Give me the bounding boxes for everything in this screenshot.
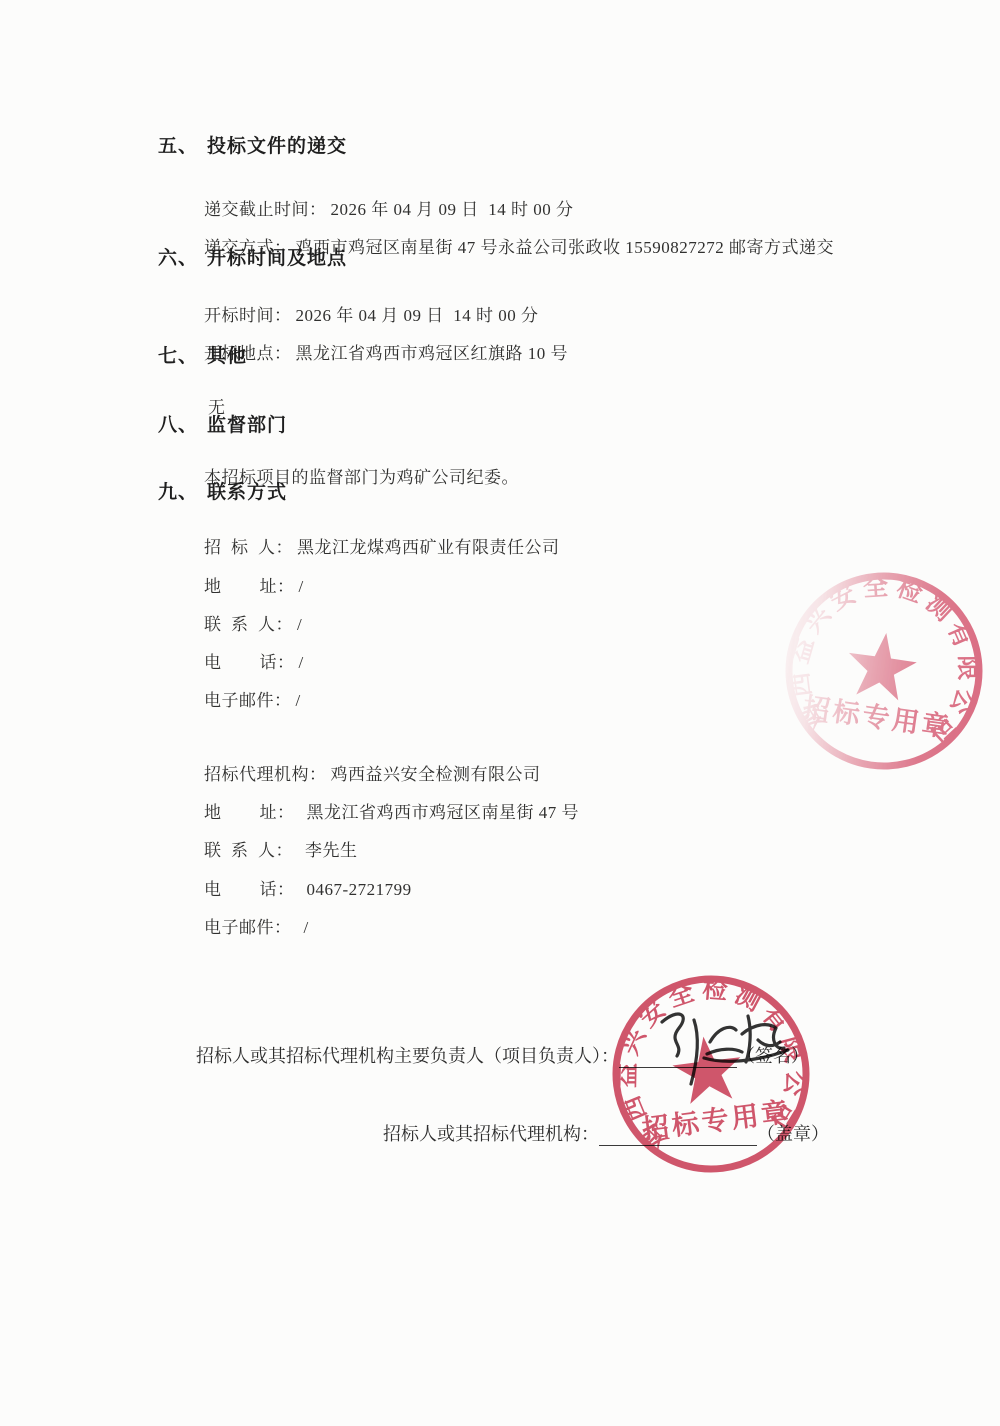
company-seal: 鸡西益兴安全检测有限公司 招标专用章 xyxy=(588,951,833,1196)
signature-blank-line xyxy=(619,1046,737,1068)
seal-star-icon xyxy=(843,628,920,702)
section-title: 监督部门 xyxy=(207,410,287,437)
seal-ring xyxy=(605,968,817,1180)
seal-row-label: 招标人或其招标代理机构： xyxy=(383,1120,599,1146)
signature-row-label: 招标人或其招标代理机构主要负责人（项目负责人）： xyxy=(196,1042,619,1068)
agency-seal-row: 招标人或其招标代理机构：（盖章） xyxy=(383,1120,829,1146)
seal-row-suffix: （盖章） xyxy=(757,1120,829,1146)
field-label: 电子邮件： xyxy=(204,691,292,710)
section-8-heading: 八、监督部门 xyxy=(158,410,287,437)
field-value: 黑龙江省鸡西市鸡冠区红旗路 10 号 xyxy=(296,344,569,363)
section-number: 七、 xyxy=(158,341,198,368)
field-value: / xyxy=(296,691,301,710)
field-value: / xyxy=(304,918,309,937)
document-page: 五、投标文件的递交 递交截止时间：2026 年 04 月 09 日 14 时 0… xyxy=(0,0,1000,1426)
principal-signature-row: 招标人或其招标代理机构主要负责人（项目负责人）：（签名） xyxy=(196,1042,809,1068)
field-value: 0467-2721799 xyxy=(307,880,412,899)
company-seal-partial: 鸡西益兴安全检测有限公司 招标专用章 xyxy=(760,547,1000,795)
seal-blank-line xyxy=(599,1124,757,1146)
field-value: 鸡西市鸡冠区南星街 47 号永益公司张政收 15590827272 邮寄方式递交 xyxy=(296,238,835,257)
section-number: 九、 xyxy=(158,477,198,504)
section-title: 投标文件的递交 xyxy=(207,131,347,158)
section-title: 其他 xyxy=(207,341,247,368)
section-number: 八、 xyxy=(158,410,198,437)
section-title: 开标时间及地点 xyxy=(207,243,347,270)
seal-ring-text: 鸡西益兴安全检测有限公司 xyxy=(774,558,996,759)
seal-ring xyxy=(777,564,992,779)
section-7-heading: 七、其他 xyxy=(158,341,247,368)
field-label: 电子邮件： xyxy=(204,918,292,937)
section-6-heading: 六、开标时间及地点 xyxy=(158,243,347,270)
section-9-heading: 九、联系方式 xyxy=(158,477,287,504)
section-number: 五、 xyxy=(158,131,198,158)
bidder-email-line: 电子邮件：/ xyxy=(185,666,301,731)
agency-email-line: 电子邮件：/ xyxy=(185,893,309,958)
signature-row-suffix: （签名） xyxy=(737,1042,809,1068)
section-title: 联系方式 xyxy=(207,477,287,504)
field-value: 黑龙江龙煤鸡西矿业有限责任公司 xyxy=(297,538,560,557)
section-number: 六、 xyxy=(158,243,198,270)
seal-bottom-text: 招标专用章 xyxy=(801,691,954,743)
section-5-heading: 五、投标文件的递交 xyxy=(158,131,347,158)
